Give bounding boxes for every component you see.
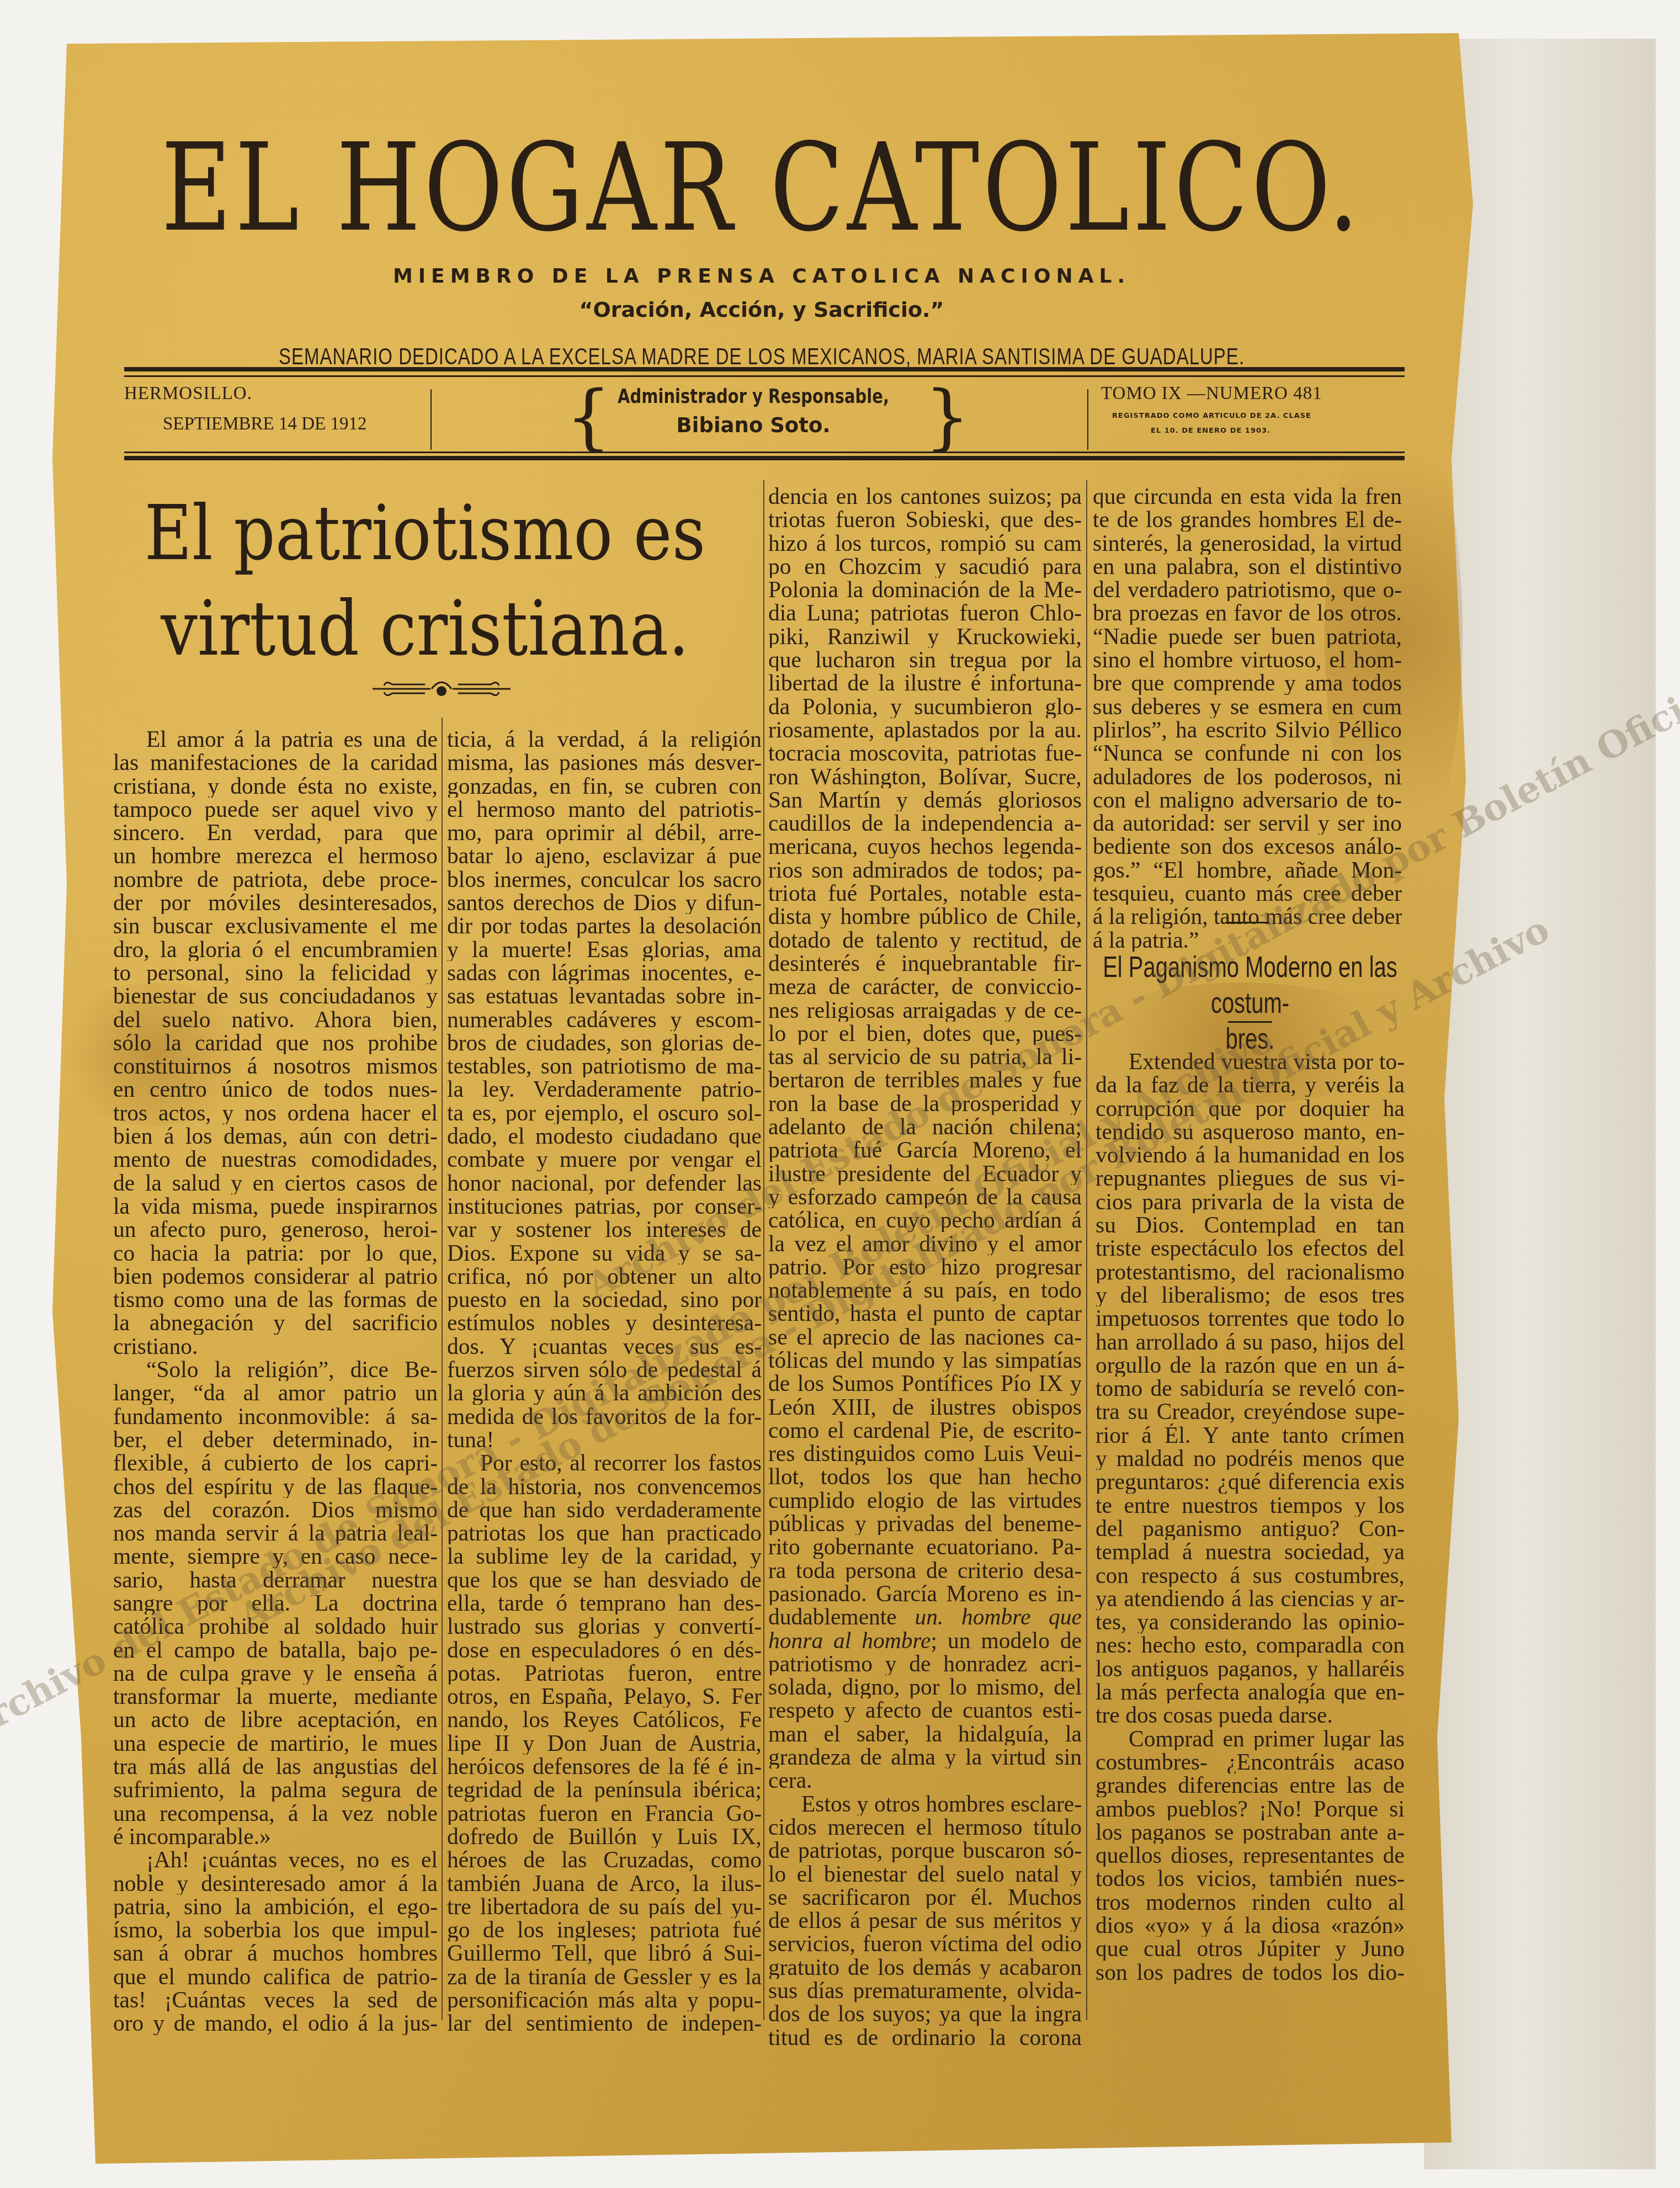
text-line: meza de carácter, de conviccio- <box>768 975 1082 998</box>
text-line: de la salud y en ciertos casos de <box>113 1171 438 1194</box>
text-line: potas. Patriotas fueron, entre <box>447 1661 762 1685</box>
text-line: los antiguos paganos, y hallaréis <box>1096 1657 1405 1680</box>
text-line: nes: hecho esto, comparadla con <box>1096 1633 1405 1656</box>
text-line: medida de los favoritos de la for- <box>447 1405 762 1428</box>
masthead: EL HOGAR CATOLICO. MIEMBRO DE LA PRENSA … <box>121 127 1402 367</box>
text-line: tros modernos rinden culto al <box>1096 1890 1405 1914</box>
text-line: sincero. En verdad, para que <box>113 821 438 844</box>
text-line: noble y desinteresado amor á la <box>113 1872 438 1895</box>
text-line: que cual otros Júpiter y Juno <box>1096 1937 1405 1960</box>
text-line: con el maligno adversario de to- <box>1093 788 1402 811</box>
text-line: triota fué Portales, notable esta- <box>768 881 1082 905</box>
text-line: que lucharon sin tregua por la <box>768 648 1082 671</box>
article-column-1: El amor á la patria es una delas manifes… <box>113 727 438 2035</box>
text-line: nombre de patriota, debe proce- <box>113 868 438 891</box>
text-line: ilustre presidente del Ecuador y <box>768 1162 1082 1185</box>
text-line: puesto en la sociedad, sino por <box>447 1288 762 1311</box>
text-line: instituciones patrias, por conser- <box>447 1194 762 1218</box>
text-line: patriotas fueron en Francia Go- <box>447 1802 762 1825</box>
text-line: templad á nuestra sociedad, ya <box>1096 1540 1405 1563</box>
text-line: respeto y afecto de cuantos esti- <box>768 1698 1082 1722</box>
text-line: libertad de la ilustre é infortuna- <box>768 671 1082 694</box>
text-line: mericana, cuyos hechos legenda- <box>768 835 1082 858</box>
text-line: var y sostener los intereses de <box>447 1218 762 1241</box>
text-line: se el aprecio de las naciones ca- <box>768 1325 1082 1348</box>
text-line: plirlos”, ha escrito Silvio Péllico <box>1093 718 1402 741</box>
text-line: una recompensa, á la vez noble <box>113 1802 438 1825</box>
text-line: Guillermo Tell, que libró á Sui- <box>447 1941 762 1964</box>
motto: “Oración, Acción, y Sacrificio.” <box>121 298 1402 322</box>
article-title-line: virtud cristiana. <box>143 581 706 677</box>
text-line: tomo de sabiduría se reveló con- <box>1096 1377 1405 1400</box>
text-line: ta es, por ejemplo, el oscuro sol- <box>447 1101 762 1124</box>
text-line: tre dos cosas pueda darse. <box>1096 1703 1405 1727</box>
member-line: MIEMBRO DE LA PRENSA CATOLICA NACIONAL. <box>121 265 1402 288</box>
text-line: go de los ingleses; patriota fué <box>447 1918 762 1941</box>
text-line: y del liberalismo; de esos tres <box>1096 1283 1405 1307</box>
text-line: El amor á la patria es una de <box>113 727 438 751</box>
text-line: bediente son dos excesos análo- <box>1093 835 1402 858</box>
text-line: la más perfecta analogía que en- <box>1096 1680 1405 1703</box>
text-line: flexible, á cubierto de los capri- <box>113 1451 438 1474</box>
text-line: que los que se han desviado de <box>447 1568 762 1591</box>
text-line: nes religiosas arraigadas y de ce- <box>768 999 1082 1022</box>
text-line: personificación más alta y popu- <box>447 1988 762 2011</box>
section-heading: El Paganismo Moderno en las costum- bres… <box>1096 949 1405 1056</box>
text-line: tra más allá de las angustias del <box>113 1755 438 1778</box>
volume-number: TOMO IX —NUMERO 481 <box>1101 384 1410 404</box>
text-line: na de culpa grave y le enseña á <box>113 1661 438 1685</box>
dedication-line: SEMANARIO DEDICADO A LA EXCELSA MADRE DE… <box>121 343 1402 370</box>
text-line: ron Wáshington, Bolívar, Sucre, <box>768 765 1082 788</box>
text-line: lo el bienestar del suelo natal y <box>768 1862 1082 1886</box>
text-line: gonzadas, en fin, se cubren con <box>447 774 762 798</box>
text-line: crifica, nó por obtener un alto <box>447 1265 762 1288</box>
text-line: te de los grandes hombres El de- <box>1093 508 1402 531</box>
text-line: de patriotas, porque buscaron só- <box>768 1839 1082 1862</box>
text-line: dir por todas partes la desolación <box>447 914 762 937</box>
text-line: del suelo nativo. Ahora bien, <box>113 1008 438 1031</box>
text-line: fundamento inconmovible: á sa- <box>113 1405 438 1428</box>
text-line: rito gobernante ecuatoriano. Pa- <box>768 1535 1082 1558</box>
text-line: Estos y otros hombres esclare- <box>768 1792 1082 1815</box>
administrator-block: Administrador y Responsable, Bibiano Sot… <box>593 387 913 437</box>
ornament-divider-icon <box>370 678 513 700</box>
italic-quote: un. hombre que <box>915 1605 1082 1628</box>
separator <box>430 389 432 450</box>
text-line: mento de nuestras comodidades, <box>113 1148 438 1171</box>
text-line: tuna! <box>447 1428 762 1451</box>
text-line: santos derechos de Dios y difun- <box>447 891 762 914</box>
text-line: católica prohibe al soldado huir <box>113 1615 438 1638</box>
text-line: bros de ciudades, son glorias de- <box>447 1031 762 1054</box>
text-line: gratuito de los demás y acabaron <box>768 1956 1082 1979</box>
article-title: El patriotismo es virtud cristiana. <box>143 486 706 676</box>
text-line: “Nadie puede ser buen patriota, <box>1093 625 1402 648</box>
text-line: hizo á los turcos, rompió su cam <box>768 532 1082 555</box>
text-line: patriota fué García Moreno, el <box>768 1138 1082 1161</box>
text-line: héroes de las Cruzadas, como <box>447 1848 762 1871</box>
text-line: de que han sido verdaderamente <box>447 1498 762 1521</box>
text-line: honra al hombre; un modelo de <box>768 1629 1082 1652</box>
text-line: bertaron de terribles males y fue <box>768 1068 1082 1091</box>
administrator-role: Administrador y Responsable, <box>593 385 913 408</box>
issue-date: SEPTIEMBRE 14 DE 1912 <box>163 414 422 434</box>
text-line: tas al servicio de su patria, la li- <box>768 1045 1082 1068</box>
text-line: tampoco puede ser aquel vivo y <box>113 798 438 821</box>
section-dash <box>1228 1021 1272 1023</box>
text-line: todos los vicios, también nues- <box>1096 1867 1405 1890</box>
text-line: dia Luna; patriotas fueron Chlo- <box>768 601 1082 624</box>
text-line: los paganos se postraban ante a- <box>1096 1820 1405 1844</box>
text-line: te entre nuestros tiempos y los <box>1096 1494 1405 1517</box>
text-line: gos.” “El hombre, añade Mon- <box>1093 858 1402 881</box>
section-dash <box>1225 922 1269 923</box>
text-line: man el saber, la hidalguía, la <box>768 1722 1082 1745</box>
text-line: blos inermes, conculcar los sacro <box>447 868 762 891</box>
text-line: heróicos defensores de la fé é in- <box>447 1755 762 1778</box>
text-line: dofredo de Buillón y Luis IX, <box>447 1825 762 1848</box>
text-line: dos de los suyos; ya que la ingra <box>768 2002 1082 2025</box>
text-line: ra toda persona de criterio desa- <box>768 1559 1082 1582</box>
text-line: mente, siempre y, en caso nece- <box>113 1544 438 1568</box>
text-line: públicas y privadas del beneme- <box>768 1512 1082 1535</box>
text-line: la ley. Verdaderamente patrio- <box>447 1077 762 1101</box>
text-line: dencia en los cantones suizos; pa <box>768 485 1082 508</box>
text-line: sinterés, la generosidad, la virtud <box>1093 532 1402 555</box>
text-line: co hacia la patria: por lo que, <box>113 1241 438 1265</box>
text-line: la vida misma, puede inspirarnos <box>113 1194 438 1218</box>
text-line: testables, son patriotismo de ma- <box>447 1054 762 1077</box>
text-line: pasionado. García Moreno es in- <box>768 1582 1082 1605</box>
text-line: san á obrar á muchos hombres <box>113 1941 438 1964</box>
text-line: tros actos, y nos ordena hacer el <box>113 1101 438 1124</box>
text-line: Comprad en primer lugar las <box>1096 1727 1405 1750</box>
text-line: res distinguidos como Luis Veui- <box>768 1442 1082 1465</box>
text-line: bienestar de sus conciudadanos y <box>113 984 438 1007</box>
text-line: triotas fueron Sobieski, que des- <box>768 508 1082 531</box>
masthead-rule <box>124 375 1405 377</box>
text-line: der por móviles desinteresados, <box>113 891 438 914</box>
text-line: dos. Y ¡cuantas veces sus es- <box>447 1335 762 1358</box>
text-line: servicios, fueron víctima del odio <box>768 1932 1082 1955</box>
text-line: su Dios. Contemplad en tan <box>1096 1213 1405 1236</box>
text-line: da Polonia, y sucumbieron glo- <box>768 695 1082 718</box>
text-line: ísmo, la soberbia los que impul- <box>113 1918 438 1941</box>
text-line: lipe II y Don Juan de Austria, <box>447 1732 762 1755</box>
text-line: y maldad no podréis menos que <box>1096 1447 1405 1470</box>
text-line: po en Chozcim y sacudió para <box>768 555 1082 578</box>
text-line: cristiano. <box>113 1335 438 1358</box>
text-line: dista y hombre público de Chile, <box>768 905 1082 928</box>
text-line: ¡Ah! ¡cuántas veces, no es el <box>113 1848 438 1871</box>
text-line: estímulos nobles y desinteresa- <box>447 1311 762 1334</box>
masthead-rule <box>124 367 1405 371</box>
text-line: “Nunca se confunde ni con los <box>1093 741 1402 764</box>
text-line: ticia, á la verdad, á la religión <box>447 727 762 751</box>
text-line: dios «yo» y á la diosa «razón» <box>1096 1914 1405 1937</box>
text-line: bien á los demas, aún con detri- <box>113 1124 438 1148</box>
text-line: sus deberes y se esmera en cum <box>1093 695 1402 718</box>
text-line: ya atendiendo á las ciencias y ar- <box>1096 1587 1405 1610</box>
text-line: la vez el amor divino y el amor <box>768 1232 1082 1255</box>
text-line: zas del corazón. Dios mismo <box>113 1498 438 1521</box>
text-line: han arrollado á su paso, hijos del <box>1096 1330 1405 1353</box>
text-line: fuerzos sirven sólo de pedestal á <box>447 1358 762 1381</box>
administrator-name: Bibiano Soto. <box>593 413 913 437</box>
text-line: batar lo ajeno, esclavizar á pue <box>447 844 762 867</box>
section-heading-line: El Paganismo Moderno en las costum- <box>1096 949 1405 1021</box>
text-line: ambos pueblos? ¡No! Porque si <box>1096 1797 1405 1820</box>
text-line: un acto de libre aceptación, en <box>113 1708 438 1731</box>
text-line: sino el hombre virtuoso, el hom- <box>1093 648 1402 671</box>
text-line: la gloria y aún á la ambición des <box>447 1381 762 1404</box>
text-line: tendido su asqueroso manto, en- <box>1096 1120 1405 1143</box>
text-line: sólo la caridad que nos prohibe <box>113 1031 438 1054</box>
dateline: HERMOSILLO. SEPTIEMBRE 14 DE 1912 <box>124 384 422 434</box>
text-line: protestantismo, del racionalismo <box>1096 1260 1405 1283</box>
text-line: nando, los Reyes Católicos, Fe <box>447 1708 762 1731</box>
text-line: dado, el modesto ciudadano que <box>447 1124 762 1148</box>
text-line: za de la tiranía de Gessler y es la <box>447 1965 762 1988</box>
text-line: á la patria.” <box>1093 928 1402 952</box>
text-line: cumplido elogio de las virtudes <box>768 1489 1082 1512</box>
article-title-line: El patriotismo es <box>143 486 706 581</box>
text-line: oro y de mando, el odio á la jus- <box>113 2011 438 2035</box>
text-line: grandes diferencias entre las de <box>1096 1773 1405 1797</box>
text-line: como el cardenal Pie, de escrito- <box>768 1419 1082 1442</box>
text-line: un afecto puro, generoso, heroi- <box>113 1218 438 1241</box>
text-line: langer, “da al amor patrio un <box>113 1381 438 1404</box>
text-line: llot, todos los que han hecho <box>768 1465 1082 1488</box>
text-line: dro, la gloria ó el encumbramien <box>113 938 438 961</box>
text-line: titud es de ordinario la corona <box>768 2026 1082 2049</box>
text-line: sentido, hasta el punto de captar <box>768 1302 1082 1325</box>
text-line: de la historia, nos convencemos <box>447 1475 762 1498</box>
text-line: también Juana de Arco, la ilus- <box>447 1872 762 1895</box>
infobar-rule <box>124 452 1405 453</box>
text-line: constituirnos á nosotros mismos <box>113 1054 438 1077</box>
text-line: San Martín y demás gloriosos <box>768 788 1082 811</box>
text-line: costumbres- ¿Encontráis acaso <box>1096 1750 1405 1773</box>
text-line: la abnegación y del sacrificio <box>113 1311 438 1334</box>
text-line: el hermoso manto del patriotis- <box>447 798 762 821</box>
text-line: solada, digno, por lo mismo, del <box>768 1675 1082 1698</box>
text-line: Por esto, al recorrer los fastos <box>447 1451 762 1474</box>
text-line: de los Sumos Pontífices Pío IX y <box>768 1372 1082 1395</box>
text-line: sario, hasta derramar nuestra <box>113 1568 438 1591</box>
text-line: transformar la muerte, mediante <box>113 1685 438 1708</box>
city: HERMOSILLO. <box>124 384 422 404</box>
text-line: tra su Creador, creyéndose supe- <box>1096 1400 1405 1423</box>
text-line: rios son admirados de todos; pa- <box>768 858 1082 881</box>
text-line: tes, ya considerando las opinio- <box>1096 1610 1405 1633</box>
text-line: mo, para oprimir al débil, arre- <box>447 821 762 844</box>
text-line: volviendo á la humanidad en los <box>1096 1143 1405 1166</box>
article-column-2: ticia, á la verdad, á la religiónmisma, … <box>447 727 762 2035</box>
text-line: ber, el deber determinado, in- <box>113 1428 438 1451</box>
text-line: riosamente, aplastados por la au. <box>768 718 1082 741</box>
text-line: un hombre merezca el hermoso <box>113 844 438 867</box>
text-line: ella, tarde ó temprano han des- <box>447 1591 762 1615</box>
text-line: grandeza de alma y la virtud sin <box>768 1745 1082 1769</box>
text-line: dotado de talento y rectitud, de <box>768 928 1082 952</box>
text-line: lar del sentimiento de indepen- <box>447 2011 762 2035</box>
article-column-3: dencia en los cantones suizos; patriotas… <box>768 485 1082 2049</box>
text-line: aduladores de los poderosos, ni <box>1093 765 1402 788</box>
text-line: otros, en España, Pelayo, S. Fer <box>447 1685 762 1708</box>
text-line: da autoridad: ser servil y ser ino <box>1093 811 1402 835</box>
infobar-rule <box>124 456 1405 460</box>
text-line: rior á Él. Y ante tanto crímen <box>1096 1424 1405 1447</box>
text-line: bre que comprende y ama todos <box>1093 671 1402 694</box>
text-line: orgullo de la razón que en un á- <box>1096 1353 1405 1377</box>
text-line: da la faz de la tierra, y veréis la <box>1096 1073 1405 1096</box>
text-line: triste espectáculo los efectos del <box>1096 1236 1405 1260</box>
text-line: á la religión, tanto más cree deber <box>1093 905 1402 928</box>
text-line: del paganismo antiguo? Con- <box>1096 1517 1405 1540</box>
text-line: del verdadero patriotismo, que o- <box>1093 578 1402 601</box>
text-line: sus días prematuramente, olvida- <box>768 1979 1082 2002</box>
text-line: tólicas del mundo y las simpatías <box>768 1348 1082 1372</box>
text-line: que el mundo califica de patrio- <box>113 1965 438 1988</box>
text-line: ron la base de la prosperidad y <box>768 1092 1082 1115</box>
text-line: é incomparable.» <box>113 1825 438 1848</box>
text-line: que circunda en esta vida la fren <box>1093 485 1402 508</box>
separator <box>1087 389 1088 450</box>
volume-block: TOMO IX —NUMERO 481 REGISTRADO COMO ARTI… <box>1101 384 1410 435</box>
text-line: patriotismo y de honradez acri- <box>768 1652 1082 1675</box>
text-line: preguntaros: ¿qué diferencia exis <box>1096 1470 1405 1493</box>
text-line: misma, las pasiones más desver- <box>447 751 762 774</box>
text-line: cios para privarla de la vista de <box>1096 1190 1405 1213</box>
text-line: dose en especuladores ó en dés- <box>447 1638 762 1661</box>
text-line: to personal, sino la felicidad y <box>113 961 438 984</box>
text-line: y esforzado campeón de la causa <box>768 1185 1082 1208</box>
text-line: lustrado sus glorias y convertí- <box>447 1615 762 1638</box>
column-rule <box>1086 480 1087 2020</box>
text-line: quellos dioses, representantes de <box>1096 1844 1405 1867</box>
text-line: tegridad de la península ibérica; <box>447 1778 762 1801</box>
text-line: tismo como una de las formas de <box>113 1288 438 1311</box>
text-line: tas! ¡Cuántas veces la sed de <box>113 1988 438 2011</box>
text-line: son los padres de todos los dio- <box>1096 1961 1405 1984</box>
text-line: “Solo la religión”, dice Be- <box>113 1358 438 1381</box>
text-line: desinterés é inquebrantable fir- <box>768 952 1082 975</box>
text-line: bra proezas en favor de los otros. <box>1093 601 1402 624</box>
text-line: bien podemos considerar al patrio <box>113 1265 438 1288</box>
text-line: con respecto á sus costumbres, <box>1096 1564 1405 1587</box>
text-line: tesquieu, cuanto más cree deber <box>1093 881 1402 905</box>
text-line: en centro único de todos nues- <box>113 1077 438 1101</box>
text-line: sas estatuas levantadas sobre in- <box>447 984 762 1007</box>
text-line: católica, en cuyo pecho ardían á <box>768 1208 1082 1231</box>
text-line: se sacrificaron por él. Muchos <box>768 1886 1082 1909</box>
registration-date: EL 10. DE ENERO DE 1903. <box>1151 427 1410 435</box>
text-line: Extended vuestra vista por to- <box>1096 1050 1405 1073</box>
text-line: tre libertadora de su país del yu- <box>447 1895 762 1918</box>
text-line: chos del espíritu y de las flaque- <box>113 1475 438 1498</box>
text-line: lo por el bien, dotes que, pues- <box>768 1022 1082 1045</box>
text-line: notablemente á su país, en todo <box>768 1278 1082 1302</box>
text-line: las manifestaciones de la caridad <box>113 751 438 774</box>
text-line: patrio. Por esto hizo progresar <box>768 1255 1082 1278</box>
text-line: cidos merecen el hermoso título <box>768 1815 1082 1839</box>
text-line: honor nacional, por defender las <box>447 1171 762 1194</box>
text-line: sangre por ella. La doctrina <box>113 1591 438 1615</box>
text-line: nos manda servir á la patria leal- <box>113 1521 438 1544</box>
text-line: en el campo de batalla, bajo pe- <box>113 1638 438 1661</box>
text-line: una especie de martirio, le mues <box>113 1732 438 1755</box>
text-line: en una palabra, son el distintivo <box>1093 555 1402 578</box>
newspaper-title: EL HOGAR CATOLICO. <box>121 127 1402 251</box>
article-column-4: que circunda en esta vida la frente de l… <box>1093 485 1402 952</box>
text-line: adelanto de la nación chilena; <box>768 1115 1082 1138</box>
info-bar: HERMOSILLO. SEPTIEMBRE 14 DE 1912 { Admi… <box>124 384 1405 455</box>
text-line: sufrimiento, la palma segura de <box>113 1778 438 1801</box>
text-line: Dios. Expone su vida y se sa- <box>447 1241 762 1265</box>
second-article-column: Extended vuestra vista por to-da la faz … <box>1096 1050 1405 1984</box>
column-rule <box>442 718 443 2020</box>
column-rule <box>763 480 764 2020</box>
text-line: patriotas los que han practicado <box>447 1521 762 1544</box>
text-line: impetuosos torrentes que todo lo <box>1096 1307 1405 1330</box>
text-line: de ellos á pesar de sus méritos y <box>768 1909 1082 1932</box>
text-line: caudillos de la independencia a- <box>768 811 1082 835</box>
text-line: patria, sino la ambición, el ego- <box>113 1895 438 1918</box>
text-line: sin buscar exclusivamente el me <box>113 914 438 937</box>
text-line: sadas con lágrimas inocentes, e- <box>447 961 762 984</box>
text-line: cristiana, y donde ésta no existe, <box>113 774 438 798</box>
text-line: la sublime ley de la caridad, y <box>447 1544 762 1568</box>
text-line: repugnantes pliegues de sus vi- <box>1096 1166 1405 1189</box>
text-line: cera. <box>768 1769 1082 1792</box>
text-line: tocracia moscovita, patriotas fue- <box>768 741 1082 764</box>
right-brace: } <box>924 384 970 450</box>
text-line: dudablemente un. hombre que <box>768 1605 1082 1628</box>
text-line: combate y muere por vengar el <box>447 1148 762 1171</box>
text-line: piki, Ranziwil y Kruckowieki, <box>768 625 1082 648</box>
text-line: León XIII, de ilustres obispos <box>768 1395 1082 1419</box>
text-line: numerables cadáveres y escom- <box>447 1008 762 1031</box>
text-line: Polonia la dominación de la Me- <box>768 578 1082 601</box>
registration-line: REGISTRADO COMO ARTICULO DE 2A. CLASE <box>1112 412 1410 420</box>
text-line: y la muerte! Esas glorias, ama <box>447 938 762 961</box>
text-line: corrupción que por doquier ha <box>1096 1097 1405 1120</box>
italic-quote: honra al hombre <box>768 1629 931 1652</box>
